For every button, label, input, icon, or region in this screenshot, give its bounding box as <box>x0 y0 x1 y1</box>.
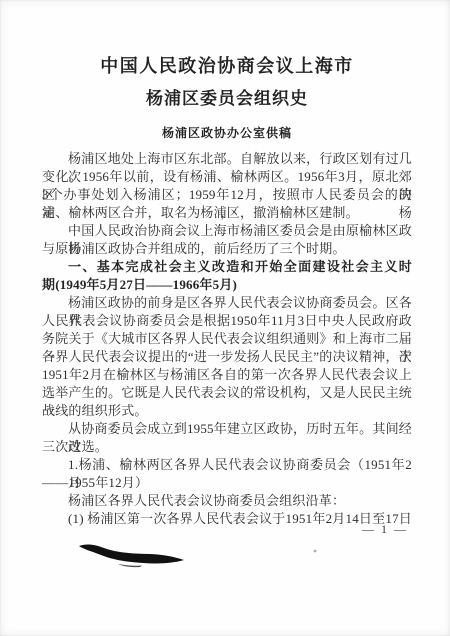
text-line: 杨浦区各界人民代表会议协商委员会组织沿革： <box>42 492 412 510</box>
text-line: 从协商委员会成立到1955年建立区政协，历时五年。其间经过 <box>42 420 412 438</box>
text-line: 杨浦区地处上海市区东北部。自解放以来，行政区划有过几次 <box>42 150 412 168</box>
list-item-line: ——1955年12月） <box>42 474 412 492</box>
text-line: 浦、榆林两区合并，取名为杨浦区，撤消榆林区建制。 <box>42 204 412 222</box>
body-text-block: 杨浦区地处上海市区东北部。自解放以来，行政区划有过几次 变化。1956年以前，设… <box>42 150 412 528</box>
section-heading-line: 一、基本完成社会主义改造和开始全面建设社会主义时 <box>42 258 412 276</box>
document-byline: 杨浦区政协办公室供稿 <box>42 124 412 141</box>
text-line: 与原杨浦区政协合并组成的，前后经历了三个时期。 <box>42 240 412 258</box>
page-number: — 1 — <box>42 522 408 537</box>
text-line: 中国人民政治协商会议上海市杨浦区委员会是由原榆林区政协 <box>42 222 412 240</box>
text-line: 各界人民代表会议提出的“进一步发扬人民民主”的决议精神，于 <box>42 348 412 366</box>
text-line: 1951年2月在榆林区与杨浦区各自的第一次各界人民代表会议上 <box>42 366 412 384</box>
text-line: 选举产生的。它既是人民代表会议的常设机构，又是人民民主统一 <box>42 384 412 402</box>
document-title-line1: 中国人民政治协商会议上海市 <box>42 54 412 78</box>
text-line: 人民代表会议协商委员会是根据1950年11月3日中央人民政府政 <box>42 312 412 330</box>
text-line: 变化。1956年以前，设有杨浦、榆林两区。1956年3月，原北郊区的 <box>42 168 412 186</box>
text-line: 杨浦区政协的前身是区各界人民代表会议协商委员会。区各界 <box>42 294 412 312</box>
section-heading-line: 期(1949年5月27日——1966年5月) <box>42 276 412 294</box>
text-line: 战线的组织形式。 <box>42 402 412 420</box>
text-line: 三次改选。 <box>42 438 412 456</box>
text-line: 务院关于《大城市区各界人民代表会议组织通则》和上海市二届一次 <box>42 330 412 348</box>
document-title-line2: 杨浦区委员会组织史 <box>42 87 412 111</box>
text-line: 3个办事处划入杨浦区；1959年12月，按照市人民委员会的决定，杨 <box>42 186 412 204</box>
list-item-line: 1.杨浦、榆林两区各界人民代表会议协商委员会（1951年2月 <box>42 456 412 474</box>
title-block: 中国人民政治协商会议上海市 杨浦区委员会组织史 杨浦区政协办公室供稿 <box>42 54 412 141</box>
document-page: 中国人民政治协商会议上海市 杨浦区委员会组织史 杨浦区政协办公室供稿 杨浦区地处… <box>0 0 450 636</box>
